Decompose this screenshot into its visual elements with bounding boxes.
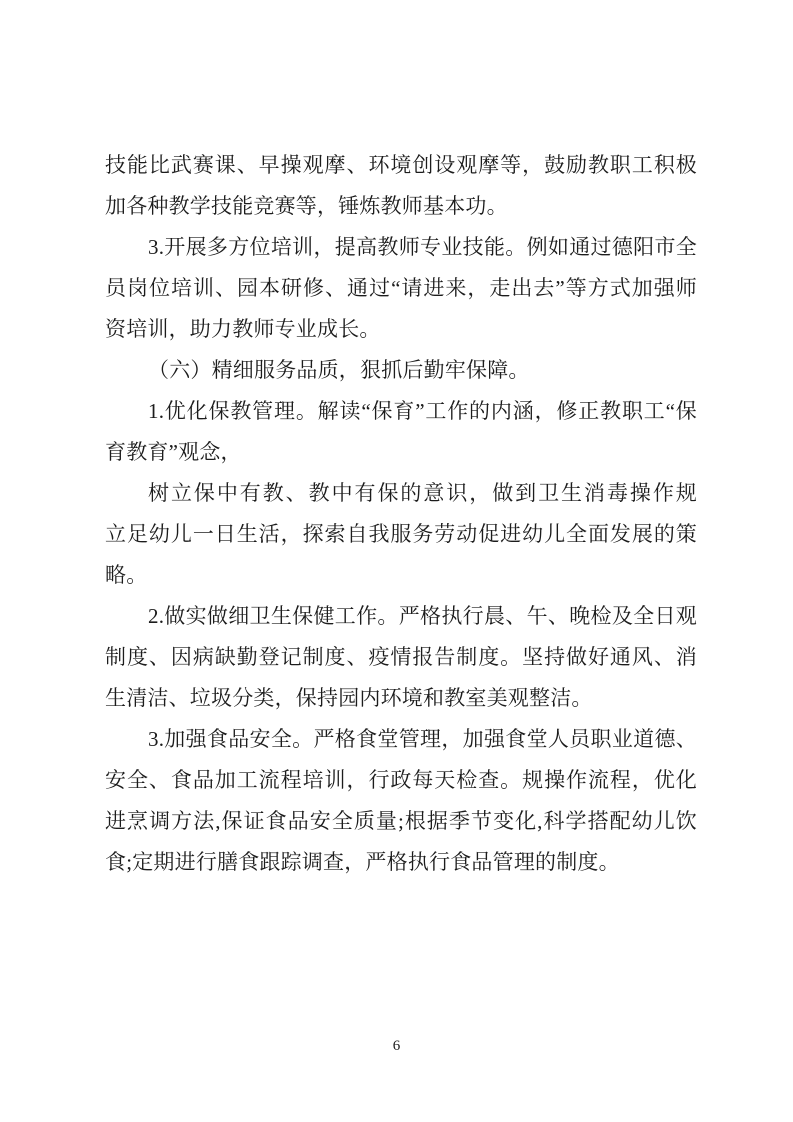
text-line: 加各种教学技能竞赛等，锤炼教师基本功。 (105, 186, 697, 227)
text-line: 育教育”观念， (105, 432, 697, 473)
text-line: 进烹调方法,保证食品安全质量;根据季节变化,科学搭配幼儿饮 (105, 801, 697, 842)
text-line: 员岗位培训、园本研修、通过“请进来，走出去”等方式加强师 (105, 268, 697, 309)
text-line: 立足幼儿一日生活，探索自我服务劳动促进幼儿全面发展的策 (105, 514, 697, 555)
text-line: 树立保中有教、教中有保的意识，做到卫生消毒操作规范； (105, 473, 697, 514)
text-line: 安全、食品加工流程培训，行政每天检查。规操作流程，优化改 (105, 760, 697, 801)
text-line: 3.开展多方位培训，提高教师专业技能。例如通过德阳市全 (105, 227, 697, 268)
text-line: 略。 (105, 555, 697, 596)
text-line: 技能比武赛课、早操观摩、环境创设观摩等，鼓励教职工积极参 (105, 145, 697, 186)
text-line: （六）精细服务品质，狠抓后勤牢保障。 (105, 350, 697, 391)
text-line: 1.优化保教管理。解读“保育”工作的内涵，修正教职工“保 (105, 391, 697, 432)
text-line: 2.做实做细卫生保健工作。严格执行晨、午、晚检及全日观 (105, 596, 697, 637)
page-number: 6 (0, 1036, 793, 1056)
text-line: 制度、因病缺勤登记制度、疫情报告制度。坚持做好通风、消卫 (105, 637, 697, 678)
text-line: 食;定期进行膳食跟踪调查，严格执行食品管理的制度。 (105, 842, 697, 883)
document-page: 技能比武赛课、早操观摩、环境创设观摩等，鼓励教职工积极参加各种教学技能竞赛等，锤… (0, 0, 793, 1122)
text-line: 资培训，助力教师专业成长。 (105, 309, 697, 350)
text-line: 生清洁、垃圾分类，保持园内环境和教室美观整洁。 (105, 678, 697, 719)
text-line: 3.加强食品安全。严格食堂管理，加强食堂人员职业道德、 (105, 719, 697, 760)
document-body: 技能比武赛课、早操观摩、环境创设观摩等，鼓励教职工积极参加各种教学技能竞赛等，锤… (105, 145, 697, 883)
